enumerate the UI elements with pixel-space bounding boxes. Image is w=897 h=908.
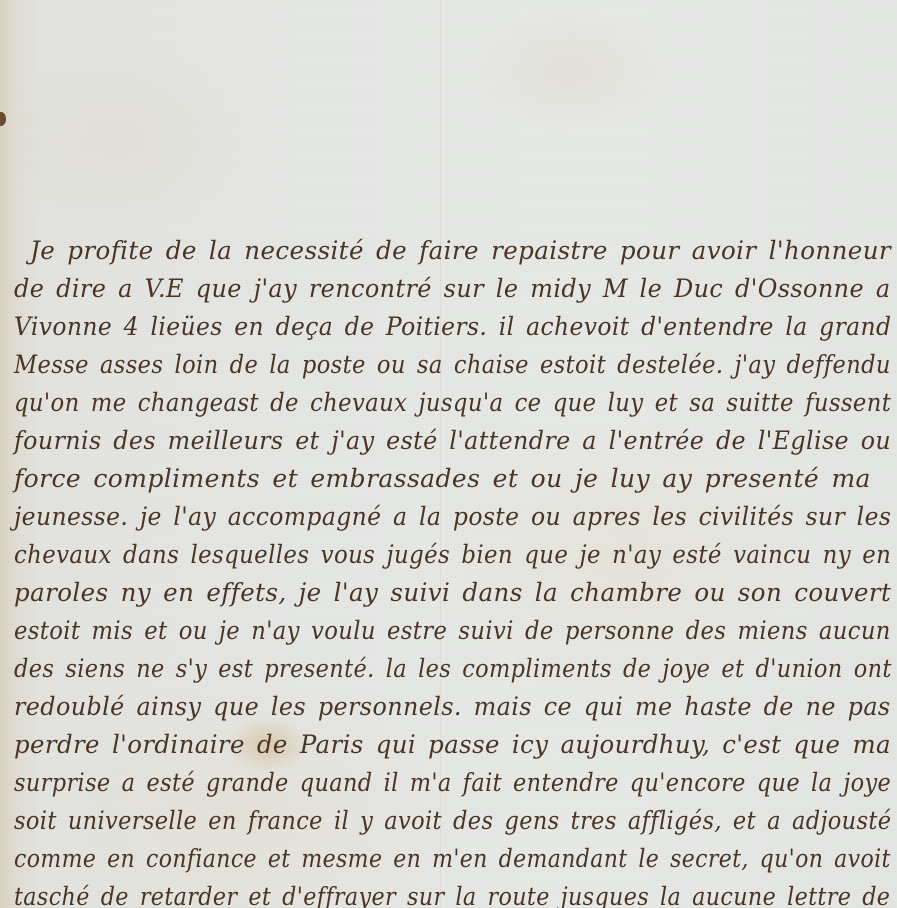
letter-line: perdre l'ordinaire de Paris qui passe ic…: [14, 730, 891, 760]
letter-line: jeunesse. je l'ay accompagné a la poste …: [14, 502, 891, 532]
manuscript-page: Je profite de la necessité de faire repa…: [0, 0, 897, 908]
letter-line: des siens ne s'y est presenté. la les co…: [14, 654, 892, 684]
letter-line: Messe asses loin de la poste ou sa chais…: [14, 350, 891, 380]
letter-line: comme en confiance et mesme en m'en dema…: [14, 844, 891, 874]
paper-edge-tear: [0, 112, 6, 126]
letter-line: chevaux dans lesquelles vous jugés bien …: [14, 540, 891, 570]
letter-line: fournis des meilleurs et j'ay esté l'att…: [14, 426, 891, 456]
letter-line: estoit mis et ou je n'ay voulu estre sui…: [14, 616, 891, 646]
letter-line: paroles ny en effets, je l'ay suivi dans…: [14, 578, 891, 608]
letter-line: qu'on me changeast de chevaux jusqu'a ce…: [14, 388, 891, 418]
letter-line: surprise a esté grande quand il m'a fait…: [14, 768, 891, 798]
letter-line: tasché de retarder et d'effrayer sur la …: [14, 882, 890, 908]
letter-line: force compliments et embrassades et ou j…: [14, 464, 871, 494]
letter-line: Vivonne 4 lieües en deça de Poitiers. il…: [14, 312, 891, 342]
letter-line: redoublé ainsy que les personnels. mais …: [14, 692, 891, 722]
letter-line: de dire a V.E que j'ay rencontré sur le …: [14, 274, 891, 304]
letter-line: Je profite de la necessité de faire repa…: [30, 236, 891, 266]
letter-line: soit universelle en france il y avoit de…: [14, 806, 891, 836]
